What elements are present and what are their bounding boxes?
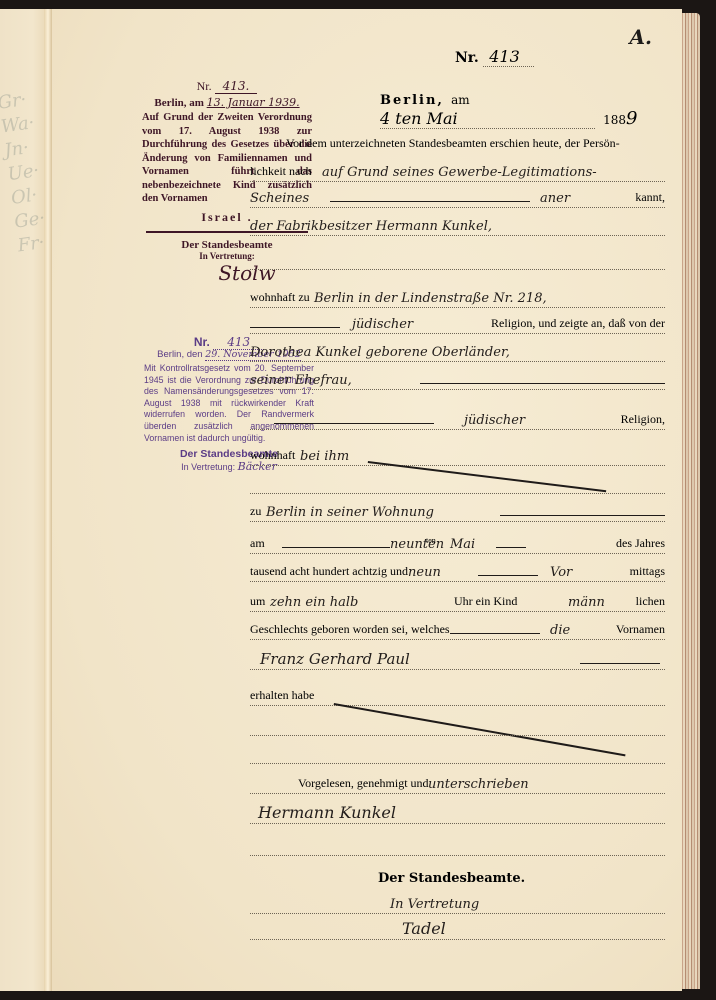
form-line-father: der Fabrikbesitzer Hermann Kunkel, (250, 213, 665, 236)
form-line-mother: Dorothea Kunkel geborene Oberländer, (250, 339, 665, 362)
form-line-blank (250, 713, 665, 736)
form-line-identity: lichkeit nach auf Grund seines Gewerbe-L… (250, 159, 665, 182)
form-line-blank (250, 247, 665, 270)
form-line-blank (250, 471, 665, 494)
form-line-mother-residence: wohnhaft bei ihm (250, 443, 665, 466)
stamp-nr-label: Nr. (197, 79, 212, 93)
form-line-declarant-signature: Hermann Kunkel (250, 801, 665, 824)
open-register-book: Gr· Wa· Jn· Ue· Ol· Ge· Fr· A. Nr. 413. … (0, 9, 700, 991)
record-number: Nr. 413 (455, 47, 534, 67)
record-year-digit: 9 (626, 108, 637, 129)
form-line-birthtime-sex: um zehn ein halb Uhr ein Kind männ liche… (250, 589, 665, 612)
stamp-date-label: Berlin, am (154, 97, 204, 109)
form-line-identity-cont: Scheines aner kannt, (250, 185, 665, 208)
record-date-line: Berlin, am 4 ten Mai 1889 (380, 93, 665, 129)
stamp2-deputy-label: In Vertretung: (181, 462, 235, 472)
form-line-birthyear: tausend acht hundert achtzig und neun Vo… (250, 559, 665, 582)
form-line-mother-relation: seiner Ehefrau, (250, 367, 665, 390)
form-line-read-approved: Vorgelesen, genehmigt und unterschrieben (250, 771, 665, 794)
form-line-registrar-signature: Tadel (250, 917, 665, 940)
stacked-page-edges (682, 13, 700, 989)
form-line-religion-mother: jüdischer Religion, (250, 407, 665, 430)
form-line-intro: Vor dem unterzeichneten Standesbeamten e… (250, 131, 665, 153)
book-gutter (44, 9, 52, 991)
form-line-religion-father: jüdischer Religion, und zeigte an, daß v… (250, 311, 665, 334)
form-line-blank (250, 833, 665, 856)
form-line-forenames-label: Geschlechts geboren worden sei, welches … (250, 617, 665, 640)
left-page-edge: Gr· Wa· Jn· Ue· Ol· Ge· Fr· (0, 9, 47, 991)
form-line-birthdate: am neunten ten Mai des Jahres (250, 531, 665, 554)
register-page: A. Nr. 413. Berlin, am 13. Januar 1939. … (52, 9, 682, 991)
registrar-title: Der Standesbeamte. (378, 871, 525, 886)
form-line-registrar-deputy: In Vertretung (250, 891, 665, 914)
birth-record-form: Nr. 413 Berlin, am 4 ten Mai 1889 Vor de… (250, 9, 665, 991)
stamp2-nr-label: Nr. (194, 335, 210, 349)
form-line-child-forenames: Franz Gerhard Paul (250, 647, 665, 670)
form-line-blank (250, 741, 665, 764)
form-line-residence: wohnhaft zu Berlin in der Lindenstraße N… (250, 285, 665, 308)
stamp2-date-label: Berlin, den (157, 349, 202, 360)
record-number-value: 413 (483, 47, 534, 67)
record-date-value: 4 ten Mai (380, 109, 595, 129)
record-city: Berlin, (380, 93, 444, 108)
form-line-received: erhalten habe (250, 683, 665, 706)
form-line-birthplace: zu Berlin in seiner Wohnung (250, 499, 665, 522)
